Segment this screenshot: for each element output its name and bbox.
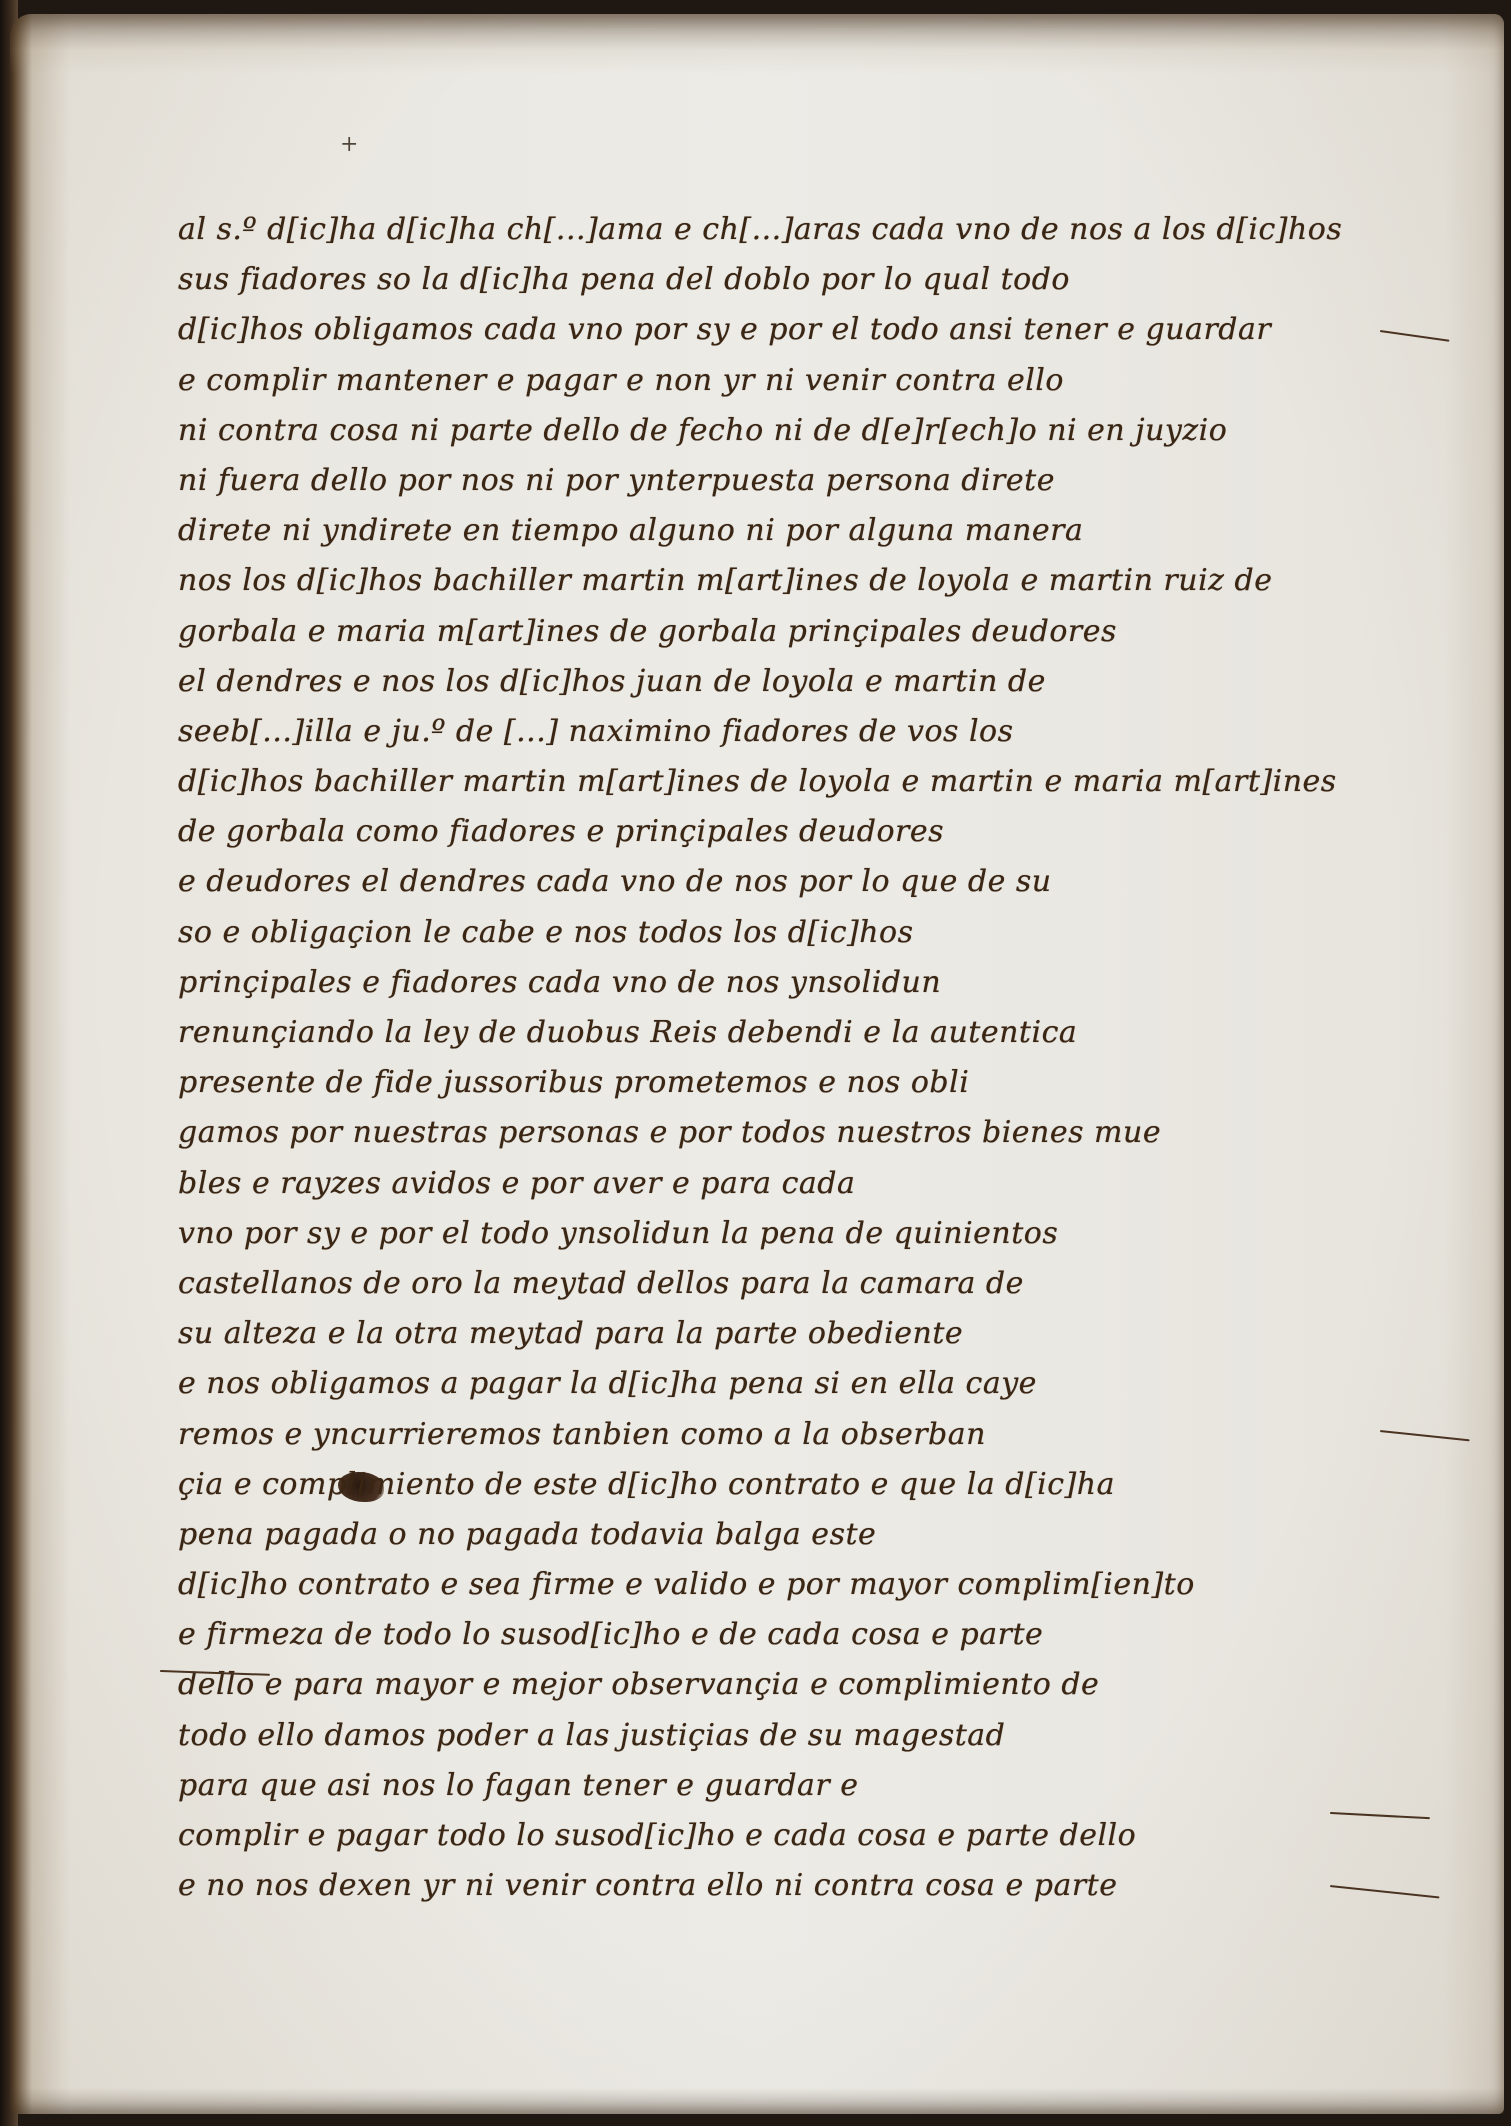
text-line: al s.º d[ic]ha d[ic]ha ch[...]ama e ch[.…	[178, 205, 1428, 255]
text-line: prinçipales e fiadores cada vno de nos y…	[178, 958, 1428, 1008]
text-line: e firmeza de todo lo susod[ic]ho e de ca…	[178, 1610, 1428, 1660]
manuscript-text: al s.º d[ic]ha d[ic]ha ch[...]ama e ch[.…	[178, 205, 1428, 1911]
text-line: el dendres e nos los d[ic]hos juan de lo…	[178, 657, 1428, 707]
text-line: bles e rayzes avidos e por aver e para c…	[178, 1159, 1428, 1209]
text-line: su alteza e la otra meytad para la parte…	[178, 1309, 1428, 1359]
text-line: de gorbala como fiadores e prinçipales d…	[178, 807, 1428, 857]
manuscript-scan: + al s.º d[ic]ha d[ic]ha ch[...]ama e ch…	[0, 0, 1511, 2126]
text-line: e no nos dexen yr ni venir contra ello n…	[178, 1861, 1428, 1911]
text-line: seeb[...]illa e ju.º de [...] naximino f…	[178, 707, 1428, 757]
text-line: ni contra cosa ni parte dello de fecho n…	[178, 406, 1428, 456]
text-line: so e obligaçion le cabe e nos todos los …	[178, 908, 1428, 958]
text-line: renunçiando la ley de duobus Reis debend…	[178, 1008, 1428, 1058]
text-line: gamos por nuestras personas e por todos …	[178, 1108, 1428, 1158]
text-line: çia e complimiento de este d[ic]ho contr…	[178, 1460, 1428, 1510]
text-line: e complir mantener e pagar e non yr ni v…	[178, 356, 1428, 406]
text-line: complir e pagar todo lo susod[ic]ho e ca…	[178, 1811, 1428, 1861]
text-line: direte ni yndirete en tiempo alguno ni p…	[178, 506, 1428, 556]
text-line: e deudores el dendres cada vno de nos po…	[178, 857, 1428, 907]
text-line: pena pagada o no pagada todavia balga es…	[178, 1510, 1428, 1560]
folio-mark: +	[340, 132, 358, 157]
text-line: para que asi nos lo fagan tener e guarda…	[178, 1761, 1428, 1811]
text-line: nos los d[ic]hos bachiller martin m[art]…	[178, 556, 1428, 606]
text-line: ni fuera dello por nos ni por ynterpuest…	[178, 456, 1428, 506]
text-line: presente de fide jussoribus prometemos e…	[178, 1058, 1428, 1108]
text-line: dello e para mayor e mejor observançia e…	[178, 1660, 1428, 1710]
text-line: d[ic]ho contrato e sea firme e valido e …	[178, 1560, 1428, 1610]
text-line: d[ic]hos bachiller martin m[art]ines de …	[178, 757, 1428, 807]
text-line: d[ic]hos obligamos cada vno por sy e por…	[178, 305, 1428, 355]
text-line: remos e yncurrieremos tanbien como a la …	[178, 1410, 1428, 1460]
text-line: e nos obligamos a pagar la d[ic]ha pena …	[178, 1359, 1428, 1409]
text-line: castellanos de oro la meytad dellos para…	[178, 1259, 1428, 1309]
text-line: gorbala e maria m[art]ines de gorbala pr…	[178, 607, 1428, 657]
text-line: sus fiadores so la d[ic]ha pena del dobl…	[178, 255, 1428, 305]
text-line: vno por sy e por el todo ynsolidun la pe…	[178, 1209, 1428, 1259]
text-line: todo ello damos poder a las justiçias de…	[178, 1711, 1428, 1761]
